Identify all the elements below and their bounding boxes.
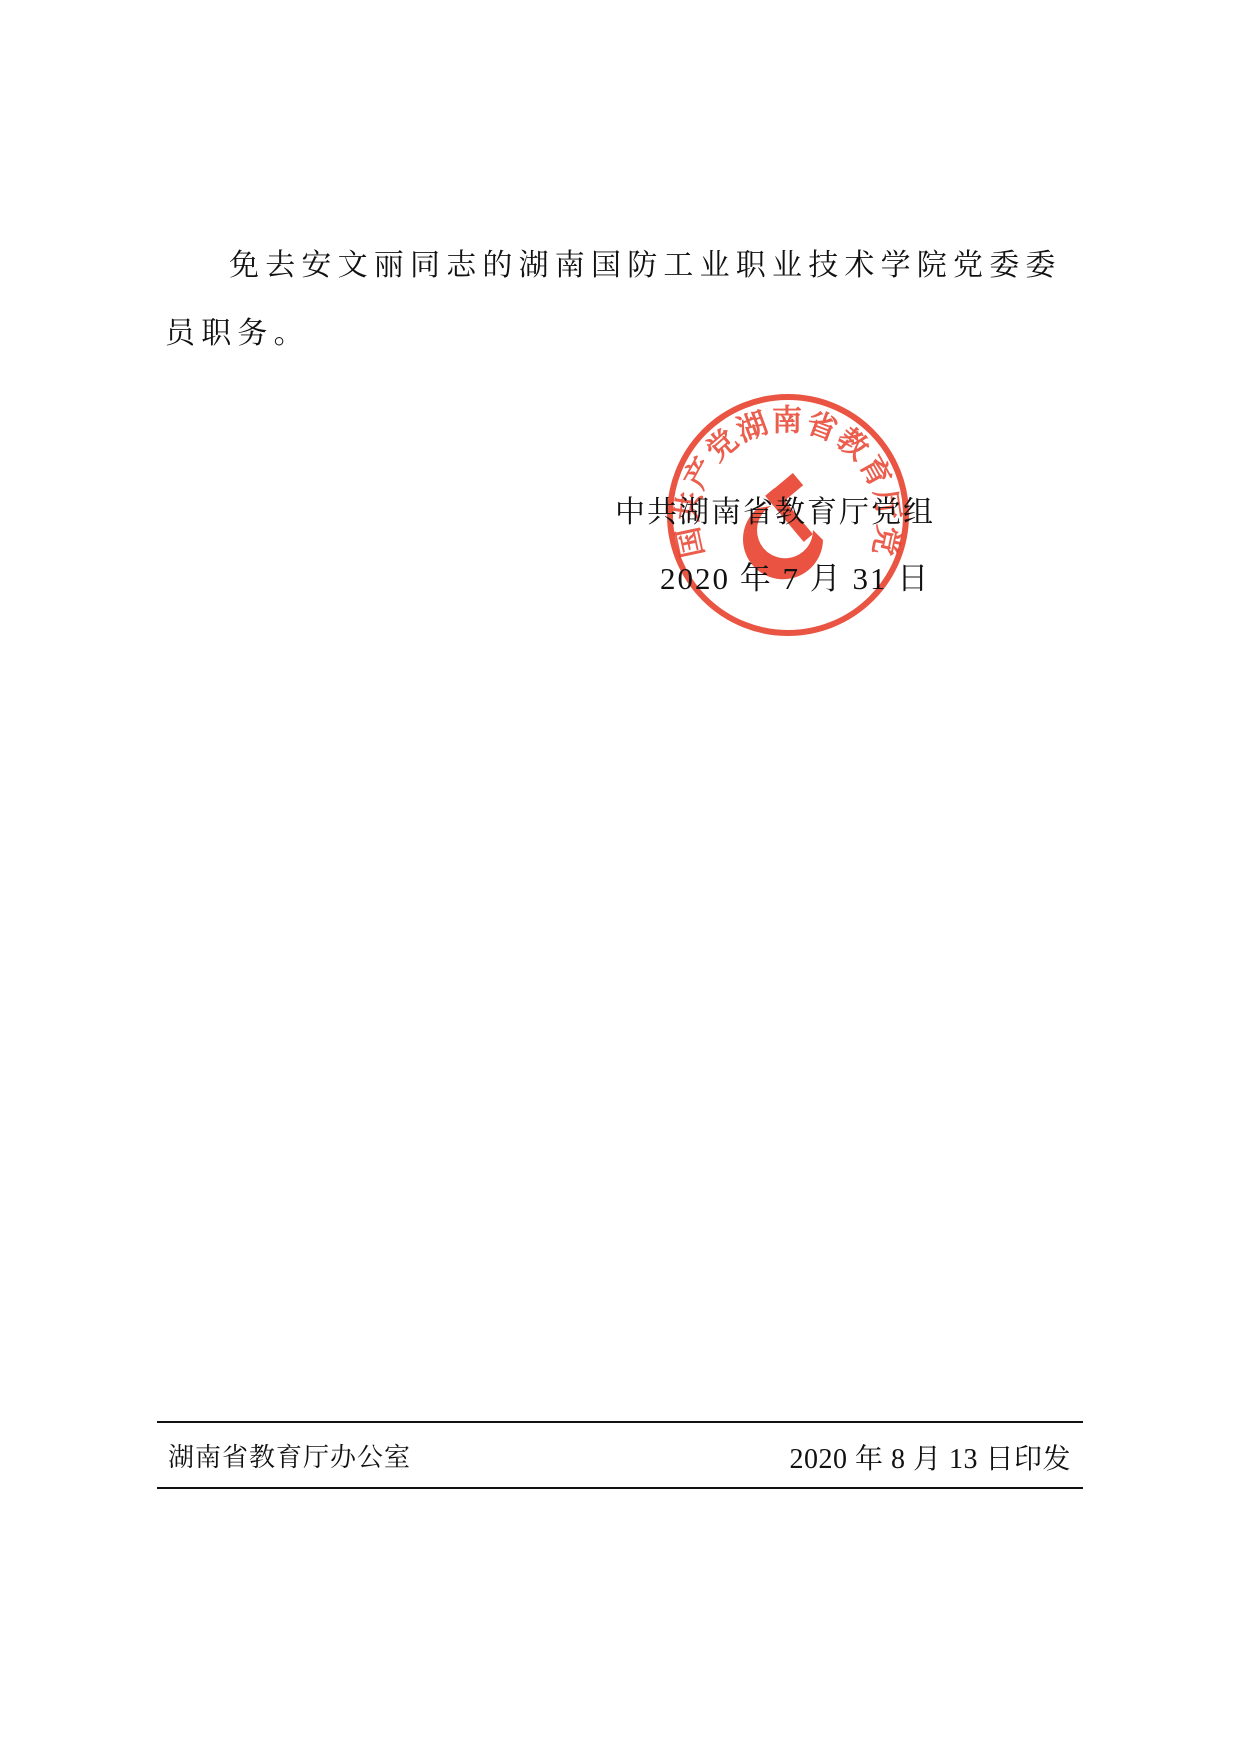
footer-rule-bottom [157, 1487, 1083, 1489]
footer-issuer: 湖南省教育厅办公室 [168, 1437, 411, 1474]
signature-date: 2020 年 7 月 31 日 [660, 553, 930, 598]
svg-text:中国共产党湖南省教育厅党组: 中国共产党湖南省教育厅党组 [663, 390, 906, 561]
footer-rule-top [157, 1421, 1083, 1423]
body-paragraph: 免去安文丽同志的湖南国防工业职业技术学院党委委员职务。 [165, 232, 1085, 368]
footer-print-date: 2020 年 8 月 13 日印发 [789, 1437, 1071, 1477]
signature-organization: 中共湖南省教育厅党组 [615, 487, 935, 531]
